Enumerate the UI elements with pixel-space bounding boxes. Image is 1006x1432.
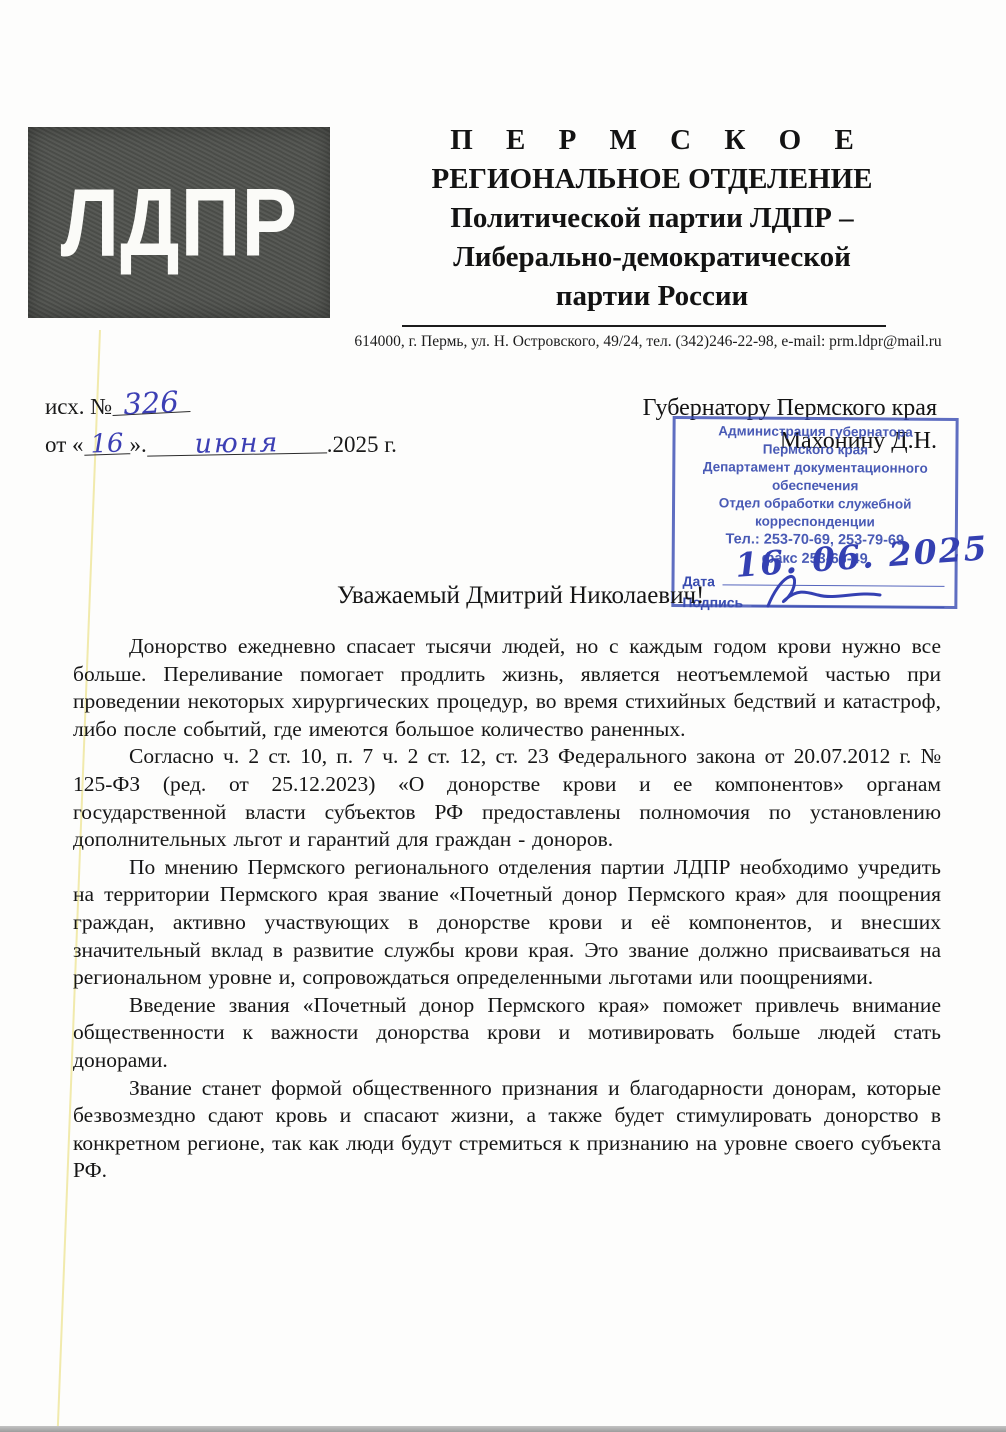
body-paragraph: Введение звания «Почетный донор Пермског…: [73, 992, 941, 1075]
org-name-line: партии России: [367, 277, 937, 316]
date-prefix: от «: [45, 432, 84, 457]
stamp-line: обеспечения: [683, 476, 947, 496]
reference-block: исх. №326 от «16».июня.2025 г.: [45, 388, 397, 464]
date-day-value: 16: [83, 433, 130, 456]
org-name-line: П Е Р М С К О Е: [367, 121, 937, 160]
ldpr-logo-text: ЛДПР: [60, 174, 297, 270]
body-paragraph: По мнению Пермского регионального отделе…: [73, 854, 941, 992]
outgoing-date-line: от «16».июня.2025 г.: [45, 426, 397, 464]
organization-name: П Е Р М С К О Е РЕГИОНАЛЬНОЕ ОТДЕЛЕНИЕ П…: [367, 121, 937, 316]
body-paragraph: Согласно ч. 2 ст. 10, п. 7 ч. 2 ст. 12, …: [73, 743, 941, 853]
letterhead-address: 614000, г. Пермь, ул. Н. Островского, 49…: [348, 331, 948, 353]
scan-bottom-edge: [0, 1426, 1006, 1432]
date-month-value: июня: [147, 432, 327, 456]
stamp-line: Пермского края: [683, 440, 947, 460]
outgoing-number-line: исх. №326: [45, 388, 397, 426]
stamp-line: корреспонденции: [683, 512, 947, 532]
signature-icon: [758, 566, 888, 614]
greeting-line: Уважаемый Дмитрий Николаевич!: [337, 582, 704, 610]
org-name-line: РЕГИОНАЛЬНОЕ ОТДЕЛЕНИЕ: [367, 160, 937, 199]
outgoing-number-label: исх. №: [45, 394, 112, 419]
stamp-line: Отдел обработки служебной: [683, 494, 947, 514]
letter-body: Донорство ежедневно спасает тысячи людей…: [73, 633, 941, 1185]
ldpr-logo: ЛДПР: [28, 127, 330, 318]
body-paragraph: Донорство ежедневно спасает тысячи людей…: [73, 633, 941, 743]
stamp-line: Департамент документационного: [683, 458, 947, 478]
stamp-line: Администрация губернатора: [684, 422, 948, 442]
body-paragraph: Звание станет формой общественного призн…: [73, 1075, 941, 1185]
org-name-line: Либерально-демократической: [367, 238, 937, 277]
date-suffix: .2025 г.: [327, 432, 397, 457]
date-mid: ».: [130, 432, 147, 457]
letterhead-rule: [402, 325, 886, 327]
outgoing-number-value: 326: [112, 391, 191, 416]
scanned-letter-page: ЛДПР П Е Р М С К О Е РЕГИОНАЛЬНОЕ ОТДЕЛЕ…: [0, 0, 1006, 1432]
org-name-line: Политической партии ЛДПР –: [367, 199, 937, 238]
